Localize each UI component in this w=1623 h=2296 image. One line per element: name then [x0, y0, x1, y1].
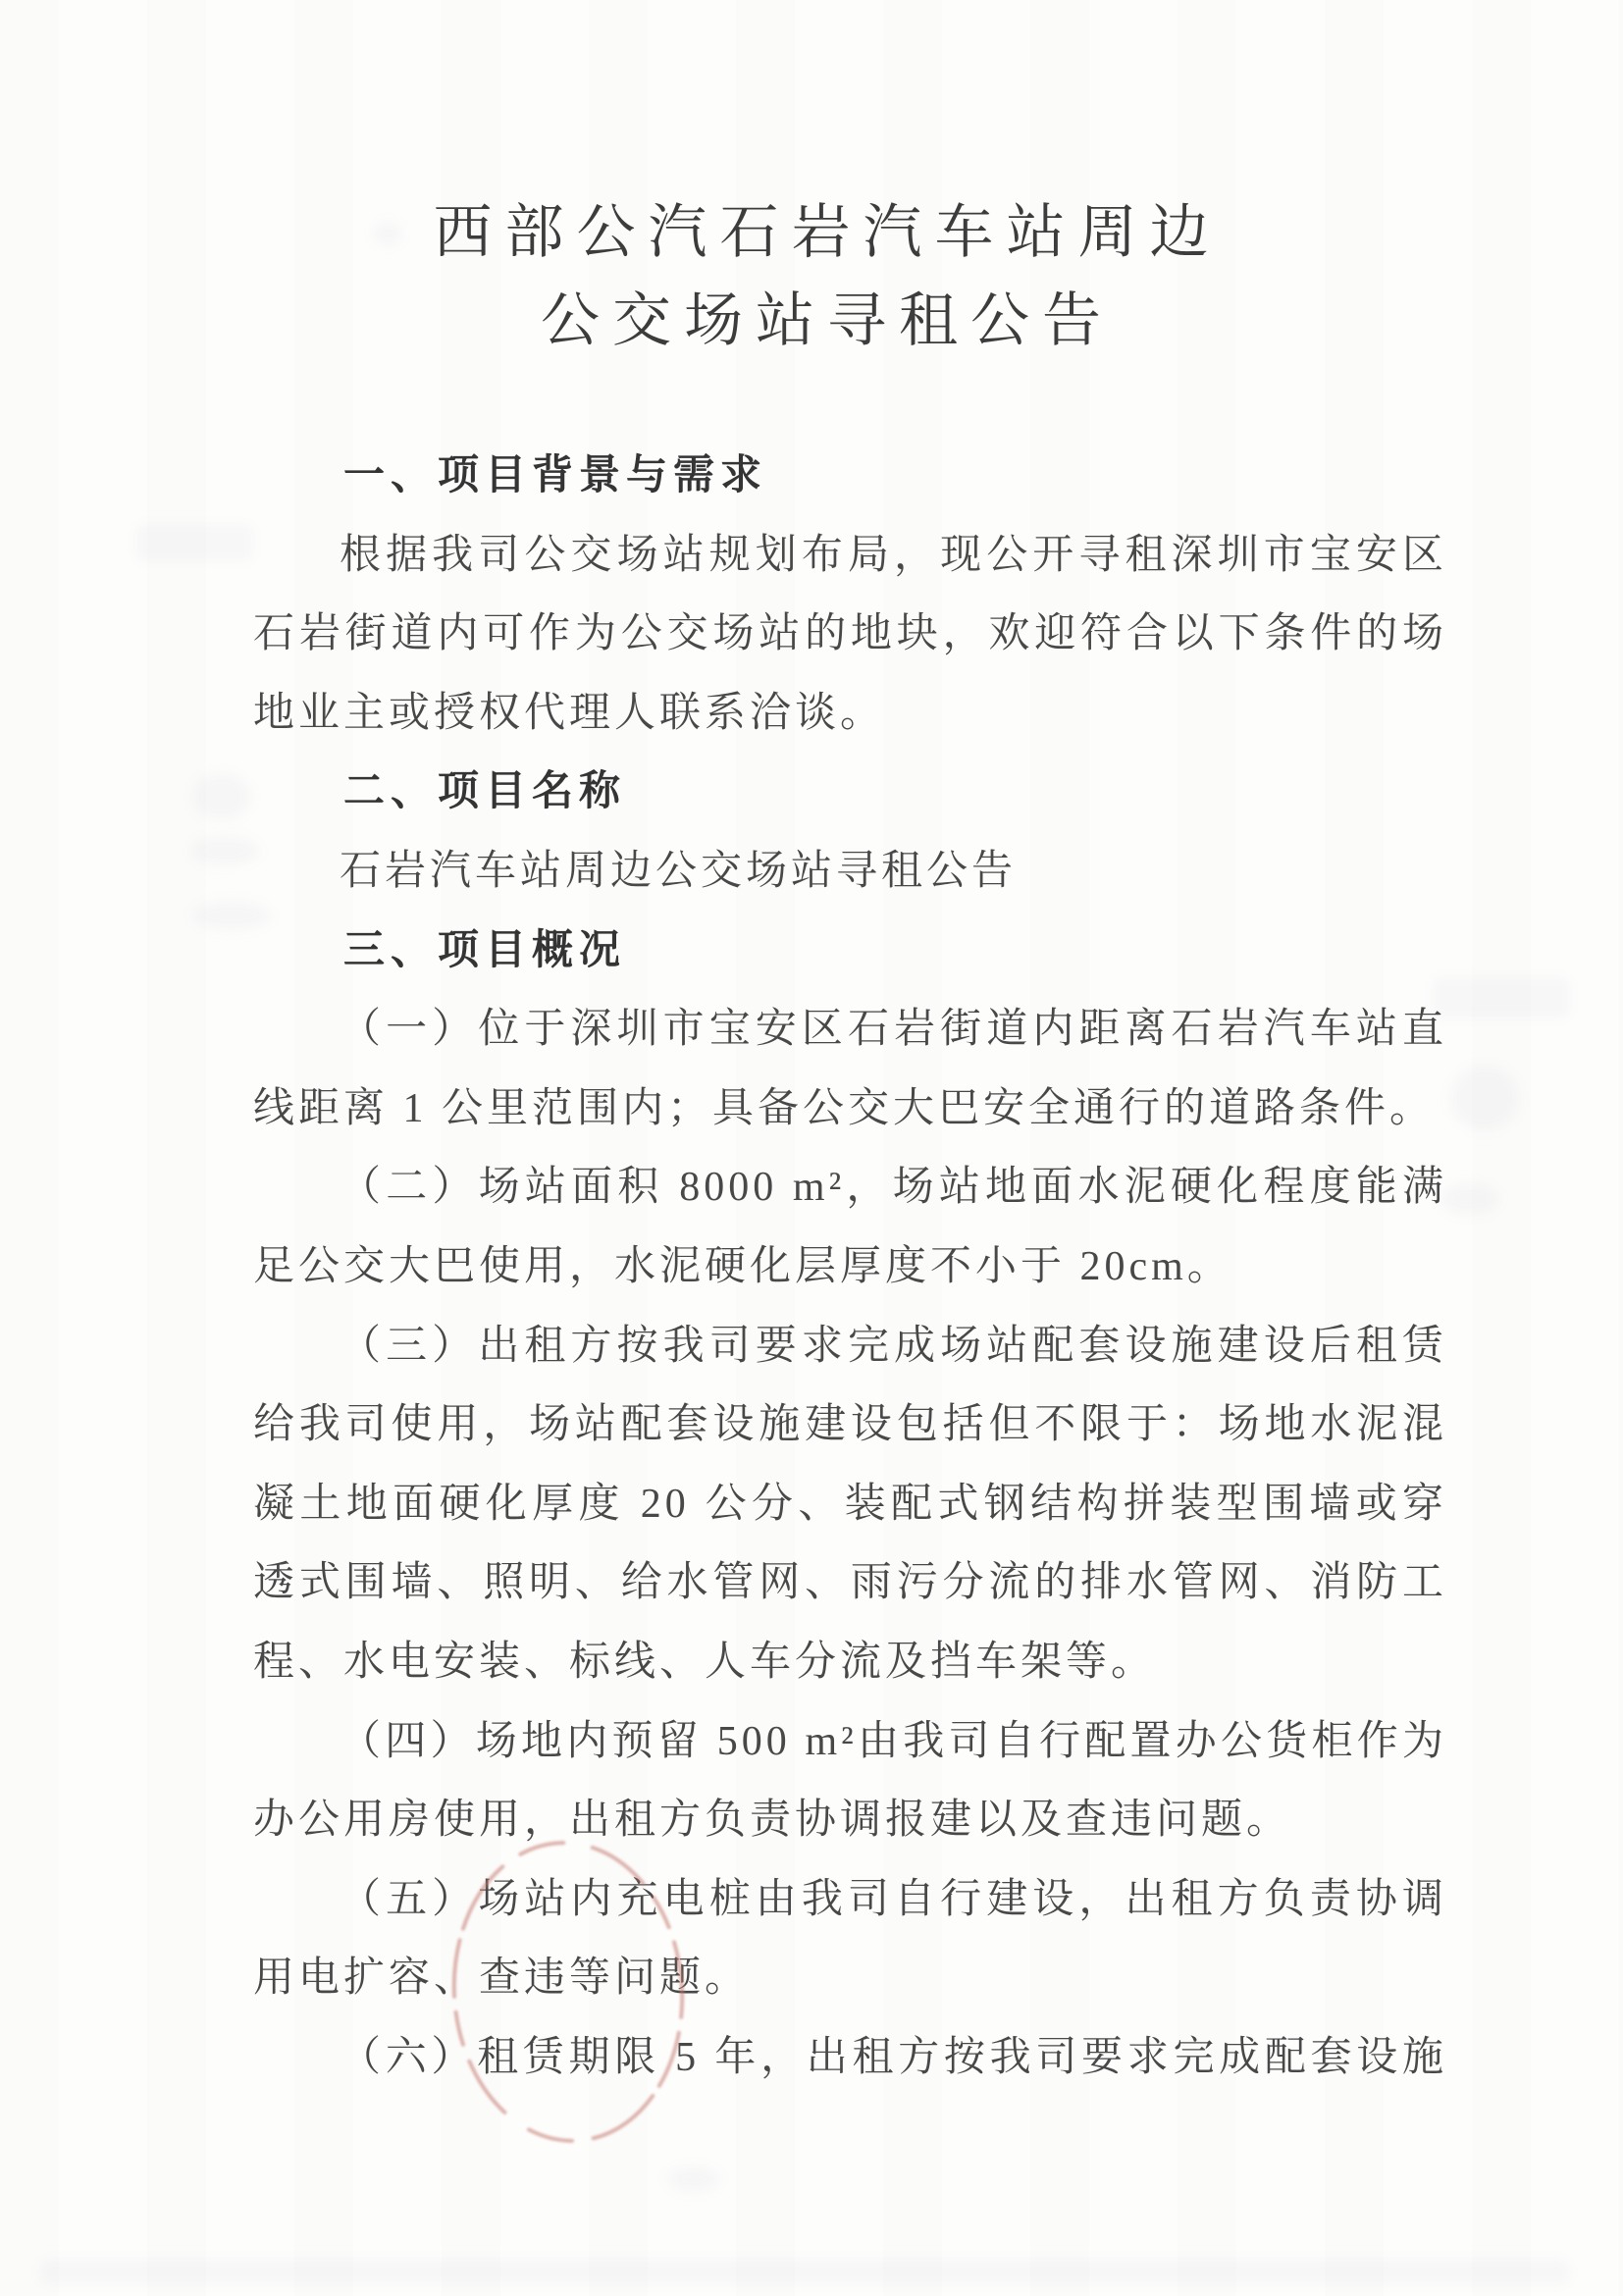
document-body: 一、项目背景与需求根据我司公交场站规划布局，现公开寻租深圳市宝安区石岩街道内可作…	[253, 437, 1447, 2097]
text-line: （六）租赁期限 5 年，出租方按我司要求完成配套设施	[253, 2018, 1447, 2098]
text-line: （三）出租方按我司要求完成场站配套设施建设后租赁	[253, 1307, 1447, 1386]
scan-artifact	[190, 836, 259, 865]
text-line: 石岩汽车站周边公交场站寻租公告	[253, 832, 1447, 912]
text-line: 三、项目概况	[253, 912, 1447, 991]
text-line: 足公交大巴使用，水泥硬化层厚度不小于 20cm。	[253, 1227, 1447, 1307]
scan-artifact	[1433, 977, 1570, 1018]
text-line: 办公用房使用，出租方负责协调报建以及查违问题。	[253, 1781, 1447, 1860]
scan-artifact	[667, 2166, 720, 2192]
title-line-1: 西部公汽石岩汽车站周边	[16, 188, 1623, 277]
scan-artifact	[1440, 1183, 1499, 1215]
scan-artifact	[192, 773, 251, 820]
document-title: 西部公汽石岩汽车站周边 公交场站寻租公告	[16, 188, 1623, 365]
text-line: 根据我司公交场站规划布局，现公开寻租深圳市宝安区	[253, 516, 1447, 596]
text-line: 给我司使用，场站配套设施建设包括但不限于：场地水泥混	[253, 1385, 1447, 1465]
scan-artifact	[39, 2259, 1570, 2284]
text-line: 凝土地面硬化厚度 20 公分、装配式钢结构拼装型围墙或穿	[253, 1465, 1447, 1544]
text-line: 石岩街道内可作为公交场站的地块，欢迎符合以下条件的场	[253, 595, 1447, 674]
text-line: （一）位于深圳市宝安区石岩街道内距离石岩汽车站直	[253, 990, 1447, 1070]
text-line: 一、项目背景与需求	[253, 437, 1447, 516]
text-line: 程、水电安装、标线、人车分流及挡车架等。	[253, 1623, 1447, 1702]
text-line: （五）场站内充电桩由我司自行建设，出租方负责协调	[253, 1860, 1447, 1940]
scan-artifact	[1450, 1066, 1519, 1130]
text-line: 二、项目名称	[253, 753, 1447, 832]
title-line-2: 公交场站寻租公告	[16, 277, 1623, 365]
text-line: 地业主或授权代理人联系洽谈。	[253, 674, 1447, 754]
text-line: 用电扩容、查违等问题。	[253, 1939, 1447, 2018]
text-line: 透式围墙、照明、给水管网、雨污分流的排水管网、消防工	[253, 1543, 1447, 1623]
text-line: （四）场地内预留 500 m²由我司自行配置办公货柜作为	[253, 1702, 1447, 1782]
text-line: （二）场站面积 8000 m²，场站地面水泥硬化程度能满	[253, 1148, 1447, 1227]
text-line: 线距离 1 公里范围内；具备公交大巴安全通行的道路条件。	[253, 1070, 1447, 1149]
document-page: 西部公汽石岩汽车站周边 公交场站寻租公告 一、项目背景与需求根据我司公交场站规划…	[0, 0, 1623, 2296]
scan-artifact	[135, 524, 253, 561]
